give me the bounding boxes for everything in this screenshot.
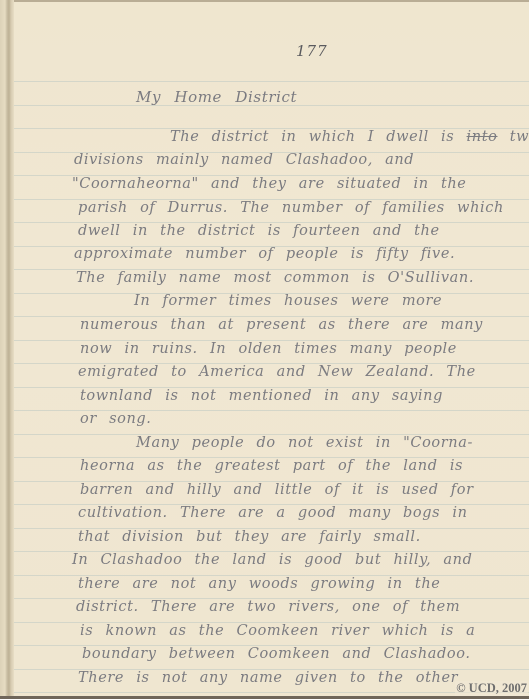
page-top-edge <box>0 0 529 2</box>
text-line: or song. <box>80 411 529 427</box>
page-binding <box>0 0 14 699</box>
text-line: The district in which I dwell is into tw… <box>170 129 529 145</box>
text-line: Many people do not exist in "Coorna- <box>136 435 529 451</box>
ruled-line <box>14 692 529 693</box>
ruled-line <box>14 81 529 82</box>
text-line: In Clashadoo the land is good but hilly,… <box>72 552 529 568</box>
text-line: barren and hilly and little of it is use… <box>80 482 529 498</box>
copyright-notice: © UCD, 2007 <box>455 681 528 696</box>
text-line: cultivation. There are a good many bogs … <box>78 505 529 521</box>
text-line: there are not any woods growing in the <box>78 576 529 592</box>
text-line: divisions mainly named Clashadoo, and <box>74 152 529 168</box>
text-line: emigrated to America and New Zealand. Th… <box>78 364 529 380</box>
text-line: dwell in the district is fourteen and th… <box>78 223 529 239</box>
text-line: "Coornaheorna" and they are situated in … <box>72 176 529 192</box>
page-number: 177 <box>296 42 328 60</box>
text-line: approximate number of people is fifty fi… <box>74 246 529 262</box>
page-title: My Home District <box>136 88 297 106</box>
manuscript-page: 177 My Home District The district in whi… <box>0 0 529 699</box>
text-line: district. There are two rivers, one of t… <box>76 599 529 615</box>
text-line: numerous than at present as there are ma… <box>80 317 529 333</box>
text-line: townland is not mentioned in any saying <box>80 388 529 404</box>
text-line: boundary between Coomkeen and Clashadoo. <box>82 646 529 662</box>
struck-word: into <box>467 129 498 145</box>
text-line: that division but they are fairly small. <box>78 529 529 545</box>
text-line: The family name most common is O'Sulliva… <box>76 270 529 286</box>
text-line: parish of Durrus. The number of families… <box>78 200 529 216</box>
text-line: heorna as the greatest part of the land … <box>80 458 529 474</box>
text-line: In former times houses were more <box>134 293 529 309</box>
text-line: now in ruins. In olden times many people <box>80 341 529 357</box>
text-line: is known as the Coomkeen river which is … <box>80 623 529 639</box>
